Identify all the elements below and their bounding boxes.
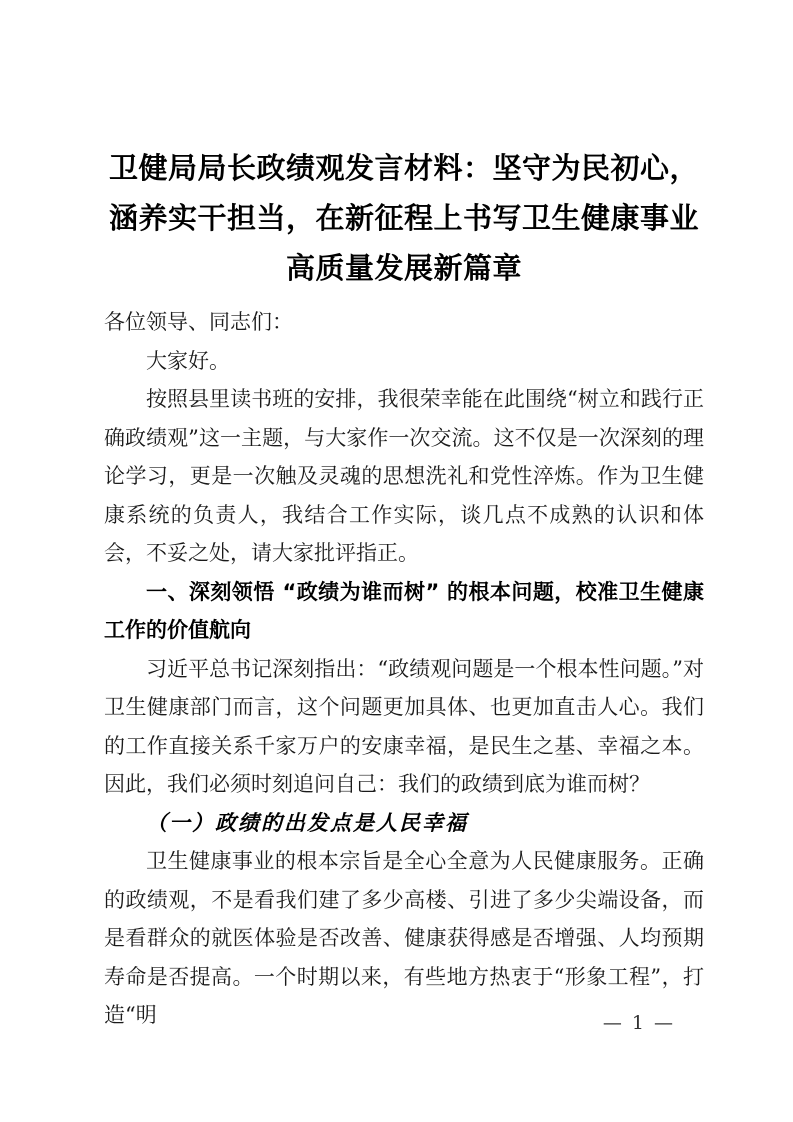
greeting-paragraph: 大家好。 — [104, 342, 704, 381]
document-title: 卫健局局长政绩观发言材料：坚守为民初心，涵养实干担当，在新征程上书写卫生健康事业… — [104, 143, 704, 293]
subsection-1-1-paragraph: 卫生健康事业的根本宗旨是全心全意为人民健康服务。正确的政绩观，不是看我们建了多少… — [104, 842, 704, 1035]
section-heading-1: 一、深刻领悟 “政绩为谁而树” 的根本问题，校准卫生健康工作的价值航向 — [104, 573, 704, 650]
document-page: 卫健局局长政绩观发言材料：坚守为民初心，涵养实干担当，在新征程上书写卫生健康事业… — [0, 0, 793, 1122]
salutation-line: 各位领导、同志们： — [104, 303, 704, 342]
section-1-paragraph: 习近平总书记深刻指出：“政绩观问题是一个根本性问题。”对卫生健康部门而言，这个问… — [104, 650, 704, 804]
page-number: — 1 — — [603, 1012, 675, 1034]
subsection-heading-1-1: （一）政绩的出发点是人民幸福 — [104, 804, 704, 843]
intro-paragraph: 按照县里读书班的安排，我很荣幸能在此围绕“树立和践行正确政绩观”这一主题，与大家… — [104, 380, 704, 573]
